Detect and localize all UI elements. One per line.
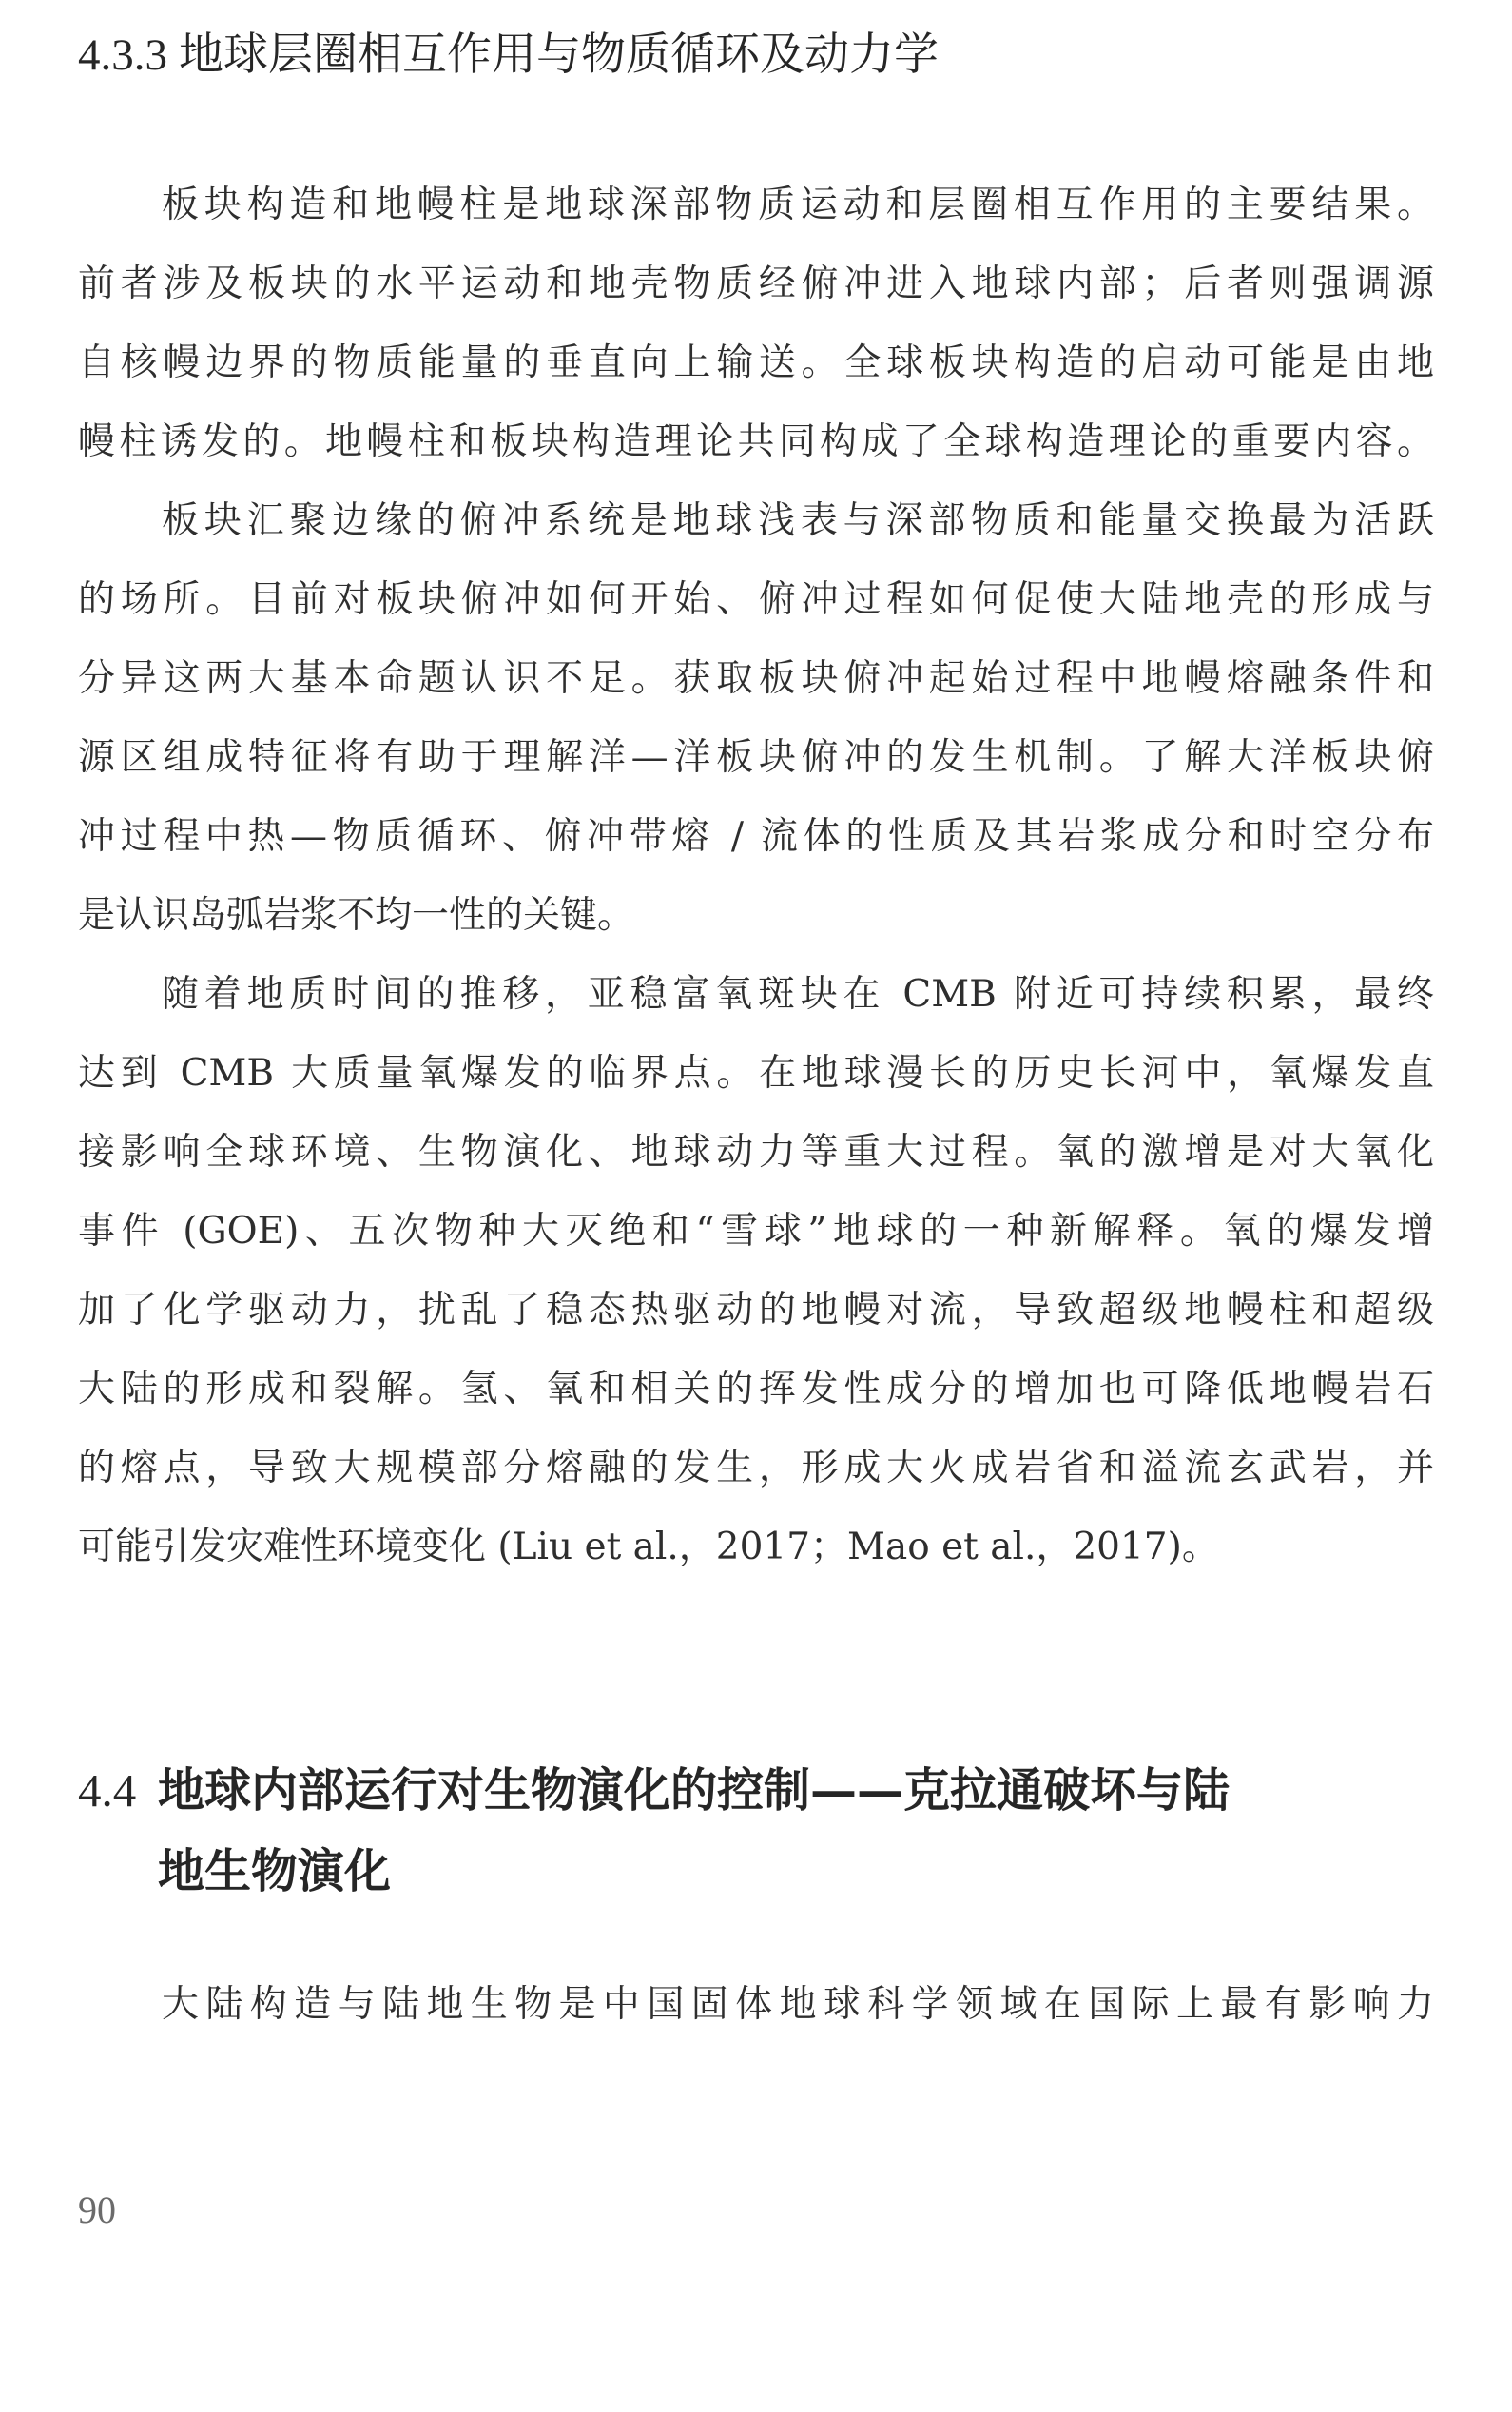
- text-line: 幔柱诱发的。地幔柱和板块构造理论共同构成了全球构造理论的重要内容。: [78, 402, 1434, 481]
- text-line: 板块构造和地幔柱是地球深部物质运动和层圈相互作用的主要结果。: [78, 165, 1434, 244]
- text-line: 大陆的形成和裂解。氢、氧和相关的挥发性成分的增加也可降低地幔岩石: [78, 1350, 1434, 1429]
- text-line: 随着地质时间的推移，亚稳富氧斑块在 CMB 附近可持续积累，最终: [78, 955, 1434, 1034]
- text-line: 接影响全球环境、生物演化、地球动力等重大过程。氧的激增是对大氧化: [78, 1113, 1434, 1192]
- section-heading-line-1: 4.4地球内部运行对生物演化的控制——克拉通破坏与陆: [78, 1750, 1434, 1831]
- text-line: 自核幔边界的物质能量的垂直向上输送。全球板块构造的启动可能是由地: [78, 323, 1434, 402]
- text-line: 的熔点，导致大规模部分熔融的发生，形成大火成岩省和溢流玄武岩，并: [78, 1429, 1434, 1507]
- text-line: 的场所。目前对板块俯冲如何开始、俯冲过程如何促使大陆地壳的形成与: [78, 560, 1434, 639]
- text-line: 分异这两大基本命题认识不足。获取板块俯冲起始过程中地幔熔融条件和: [78, 639, 1434, 718]
- text-line: 冲过程中热—物质循环、俯冲带熔 / 流体的性质及其岩浆成分和时空分布: [78, 797, 1434, 876]
- text-line: 是认识岛弧岩浆不均一性的关键。: [78, 876, 1434, 955]
- section-title-part-1: 地球内部运行对生物演化的控制——克拉通破坏与陆: [158, 1762, 1230, 1818]
- text-line: 板块汇聚边缘的俯冲系统是地球浅表与深部物质和能量交换最为活跃: [78, 481, 1434, 560]
- section-title-part-2: 地生物演化: [78, 1831, 1434, 1912]
- page-number: 90: [78, 2188, 116, 2232]
- section-heading-4-4: 4.4地球内部运行对生物演化的控制——克拉通破坏与陆 地生物演化: [78, 1750, 1434, 1912]
- paragraph-subduction: 板块汇聚边缘的俯冲系统是地球浅表与深部物质和能量交换最为活跃 的场所。目前对板块…: [78, 481, 1434, 955]
- paragraph-continental-tectonics: 大陆构造与陆地生物是中国固体地球科学领域在国际上最有影响力: [78, 1965, 1434, 2044]
- text-line: 可能引发灾难性环境变化 (Liu et al.，2017；Mao et al.，…: [78, 1507, 1434, 1586]
- paragraph-oxygen-burst: 随着地质时间的推移，亚稳富氧斑块在 CMB 附近可持续积累，最终 达到 CMB …: [78, 955, 1434, 1586]
- text-line: 加了化学驱动力，扰乱了稳态热驱动的地幔对流，导致超级地幔柱和超级: [78, 1271, 1434, 1350]
- paragraph-plate-tectonics: 板块构造和地幔柱是地球深部物质运动和层圈相互作用的主要结果。 前者涉及板块的水平…: [78, 165, 1434, 481]
- text-line: 前者涉及板块的水平运动和地壳物质经俯冲进入地球内部；后者则强调源: [78, 244, 1434, 323]
- section-heading-4-3-3: 4.3.3地球层圈相互作用与物质循环及动力学: [78, 27, 939, 84]
- text-line: 源区组成特征将有助于理解洋—洋板块俯冲的发生机制。了解大洋板块俯: [78, 718, 1434, 797]
- text-line: 大陆构造与陆地生物是中国固体地球科学领域在国际上最有影响力: [78, 1965, 1434, 2044]
- section-title: 地球层圈相互作用与物质循环及动力学: [179, 29, 939, 81]
- text-line: 事件 (GOE)、五次物种大灭绝和“雪球”地球的一种新解释。氧的爆发增: [78, 1192, 1434, 1271]
- section-number: 4.3.3: [78, 30, 167, 80]
- text-line: 达到 CMB 大质量氧爆发的临界点。在地球漫长的历史长河中，氧爆发直: [78, 1034, 1434, 1113]
- section-number: 4.4: [78, 1750, 158, 1831]
